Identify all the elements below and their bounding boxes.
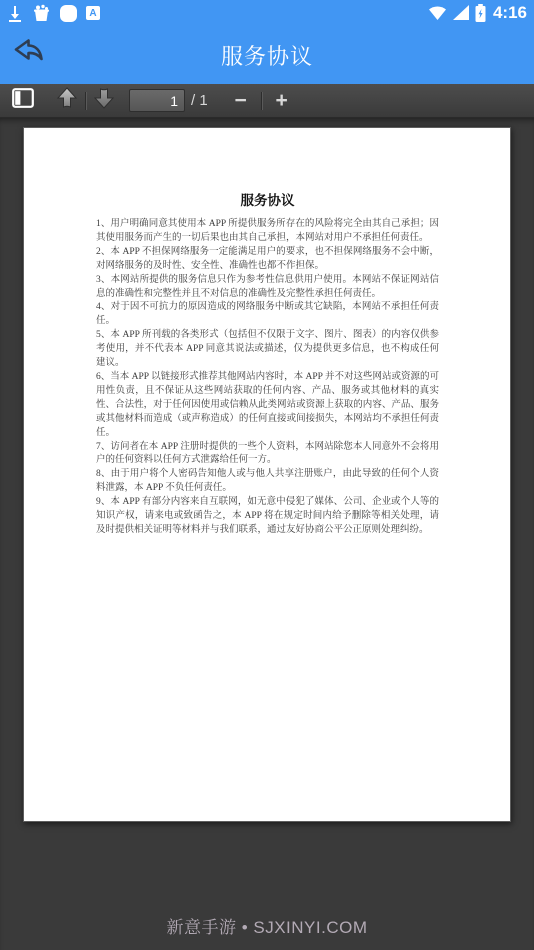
sidebar-toggle-button[interactable]	[8, 87, 38, 115]
doc-paragraph: 3、本网站所提供的服务信息只作为参考性信息供用户使用。本网站不保证网站信息的准确…	[96, 274, 439, 302]
zoom-out-button[interactable]: −	[224, 87, 258, 115]
doc-paragraph: 1、用户明确同意其使用本 APP 所提供服务所存在的风险将完全由其自己承担；因其…	[96, 218, 439, 246]
arrow-down-icon	[93, 86, 115, 115]
pdf-toolbar: / 1 − +	[0, 84, 534, 118]
doc-paragraph: 2、本 APP 不担保网络服务一定能满足用户的要求，也不担保网络服务不会中断，对…	[96, 246, 439, 274]
back-arrow-icon	[12, 36, 48, 75]
page-count-label: / 1	[191, 92, 208, 109]
clock-time: 4:16	[493, 3, 527, 23]
page-title: 服务协议	[0, 40, 534, 71]
back-button[interactable]	[8, 33, 52, 77]
next-page-button[interactable]	[89, 87, 119, 115]
sidebar-toggle-icon	[12, 88, 34, 113]
doc-paragraph: 6、当本 APP 以链接形式推荐其他网站内容时，本 APP 并不对这些网站或资源…	[96, 371, 439, 441]
pdf-viewer-area[interactable]: 服务协议 1、用户明确同意其使用本 APP 所提供服务所存在的风险将完全由其自己…	[0, 118, 534, 950]
app-squircle-icon	[60, 5, 77, 22]
download-icon	[7, 5, 23, 22]
signal-icon	[452, 5, 470, 21]
battery-charging-icon	[475, 4, 486, 22]
doc-paragraph: 4、对于因不可抗力的原因造成的网络服务中断或其它缺陷，本网站不承担任何责任。	[96, 301, 439, 329]
site-footer-text: 新意手游 • SJXINYI.COM	[0, 913, 534, 938]
arrow-up-icon	[56, 86, 78, 115]
wifi-icon	[428, 5, 447, 21]
page-number-input[interactable]	[129, 89, 185, 112]
zoom-in-button[interactable]: +	[265, 87, 299, 115]
doc-paragraph: 9、本 APP 有部分内容来自互联网，如无意中侵犯了媒体、公司、企业或个人等的知…	[96, 496, 439, 538]
document-body: 1、用户明确同意其使用本 APP 所提供服务所存在的风险将完全由其自己承担；因其…	[96, 218, 439, 538]
pdf-page: 服务协议 1、用户明确同意其使用本 APP 所提供服务所存在的风险将完全由其自己…	[23, 127, 511, 822]
doc-paragraph: 5、本 APP 所刊载的各类形式（包括但不仅限于文字、图片、图表）的内容仅供参考…	[96, 329, 439, 371]
document-title: 服务协议	[96, 189, 439, 209]
app-header: 服务协议	[0, 26, 534, 84]
doc-paragraph: 8、由于用户将个人密码告知他人或与他人共享注册账户，由此导致的任何个人资料泄露，…	[96, 468, 439, 496]
doc-paragraph: 7、访问者在本 APP 注册时提供的一些个人资料，本网站除您本人同意外不会将用户…	[96, 441, 439, 469]
status-bar: A 4:16	[0, 0, 534, 26]
gift-bag-icon	[32, 4, 51, 22]
previous-page-button[interactable]	[52, 87, 82, 115]
letter-a-icon: A	[86, 6, 100, 20]
